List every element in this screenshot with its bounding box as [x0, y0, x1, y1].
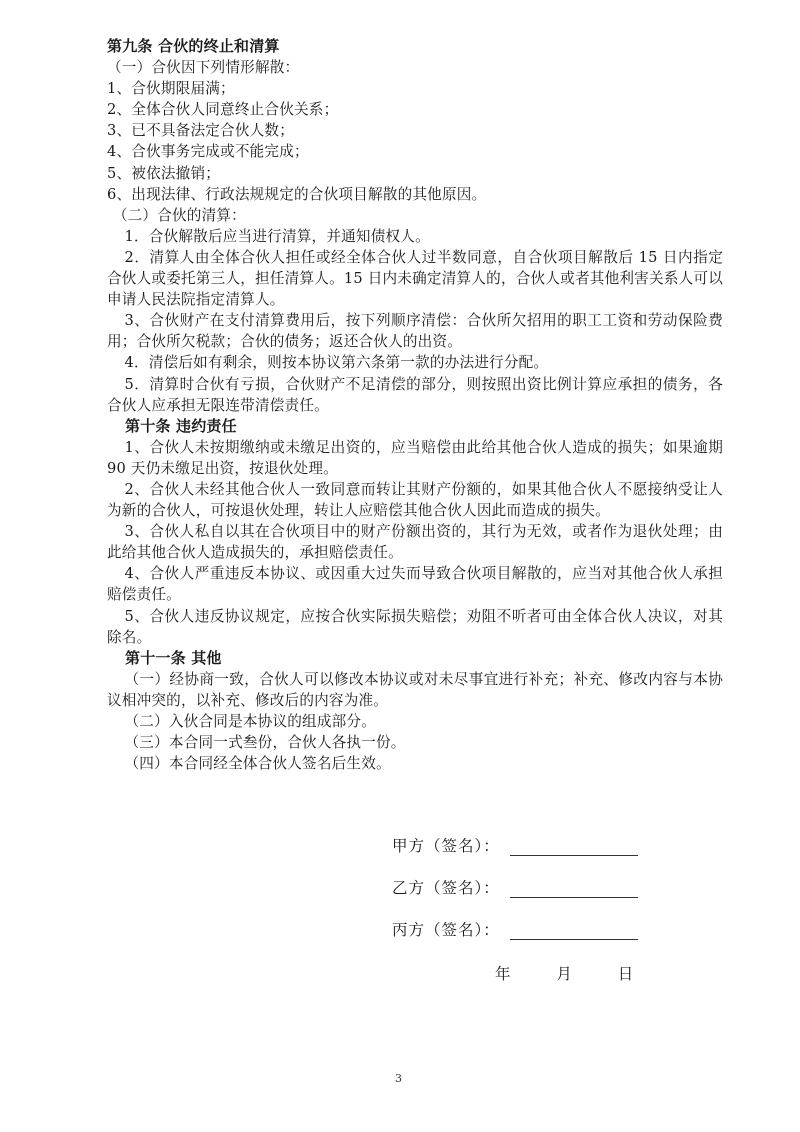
list-item: 5．清算时合伙有亏损，合伙财产不足清偿的部分，则按照出资比例计算应承担的债务，各…: [107, 374, 723, 416]
list-item: 5、合伙人违反协议规定，应按合伙实际损失赔偿；劝阻不听者可由全体合伙人决议，对其…: [107, 606, 723, 648]
list-item: 4、合伙事务完成或不能完成；: [107, 141, 723, 162]
list-item: 3、已不具备法定合伙人数；: [107, 120, 723, 141]
article-9-title: 第九条 合伙的终止和清算: [107, 36, 723, 57]
list-item: 1、合伙期限届满；: [107, 78, 723, 99]
list-item: （一）经协商一致，合伙人可以修改本协议或对未尽事宜进行补充；补充、修改内容与本协…: [107, 669, 723, 711]
article-10-title: 第十条 违约责任: [107, 416, 723, 437]
article-11-title: 第十一条 其他: [107, 648, 723, 669]
list-item: 6、出现法律、行政法规规定的合伙项目解散的其他原因。: [107, 184, 723, 205]
signature-label: 丙方（签名）：: [392, 918, 500, 940]
list-item: 4．清偿后如有剩余，则按本协议第六条第一款的办法进行分配。: [107, 352, 723, 373]
signature-party-b: 乙方（签名）：: [392, 876, 638, 898]
document-page: 第九条 合伙的终止和清算 （一）合伙因下列情形解散： 1、合伙期限届满； 2、全…: [107, 36, 723, 774]
list-item: 1．合伙解散后应当进行清算，并通知债权人。: [107, 226, 723, 247]
signature-label: 乙方（签名）：: [392, 876, 500, 898]
list-item: （三）本合同一式叁份，合伙人各执一份。: [107, 732, 723, 753]
signature-line[interactable]: [510, 923, 638, 940]
list-item: 3、合伙人私自以其在合伙项目中的财产份额出资的，其行为无效，或者作为退伙处理；由…: [107, 521, 723, 563]
list-item: 2．清算人由全体合伙人担任或经全体合伙人过半数同意，自合伙项目解散后 15 日内…: [107, 247, 723, 310]
signature-line[interactable]: [510, 839, 638, 856]
date-day: 日: [618, 962, 634, 984]
list-item: 2、合伙人未经其他合伙人一致同意而转让其财产份额的，如果其他合伙人不愿接纳受让人…: [107, 479, 723, 521]
article-9-part1-heading: （一）合伙因下列情形解散：: [107, 57, 723, 78]
list-item: 4、合伙人严重违反本协议、或因重大过失而导致合伙项目解散的，应当对其他合伙人承担…: [107, 563, 723, 605]
article-9-part2-heading: （二）合伙的清算：: [107, 205, 723, 226]
signature-party-c: 丙方（签名）：: [392, 918, 638, 940]
date-month: 月: [556, 962, 572, 984]
list-item: 3、合伙财产在支付清算费用后，按下列顺序清偿：合伙所欠招用的职工工资和劳动保险费…: [107, 310, 723, 352]
page-number: 3: [395, 1072, 402, 1085]
list-item: 5、被依法撤销；: [107, 163, 723, 184]
signing-date: 年 月 日: [495, 962, 633, 984]
signature-party-a: 甲方（签名）：: [392, 834, 638, 856]
signature-label: 甲方（签名）：: [392, 834, 500, 856]
signature-line[interactable]: [510, 881, 638, 898]
list-item: （二）入伙合同是本协议的组成部分。: [107, 711, 723, 732]
list-item: 1、合伙人未按期缴纳或未缴足出资的，应当赔偿由此给其他合伙人造成的损失；如果逾期…: [107, 437, 723, 479]
list-item: 2、全体合伙人同意终止合伙关系；: [107, 99, 723, 120]
list-item: （四）本合同经全体合伙人签名后生效。: [107, 753, 723, 774]
date-year: 年: [495, 962, 511, 984]
